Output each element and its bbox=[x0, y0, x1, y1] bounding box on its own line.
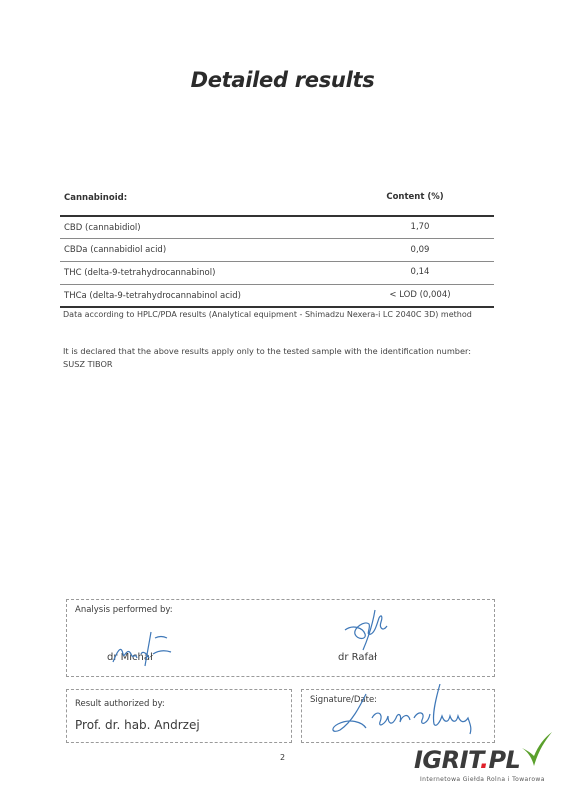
checkmark-icon bbox=[520, 730, 554, 768]
igrit-watermark-logo: IGRIT.PL Internetowa Giełda Rolna i Towa… bbox=[410, 730, 560, 780]
row-value-thca: < LOD (0,004) bbox=[360, 290, 480, 300]
analysis-label: Analysis performed by: bbox=[75, 605, 173, 615]
row-divider bbox=[60, 238, 494, 239]
declaration-text: It is declared that the above results ap… bbox=[63, 346, 471, 356]
table-top-rule bbox=[60, 215, 494, 217]
authorized-label: Result authorized by: bbox=[75, 699, 165, 709]
result-authorized-box: Result authorized by: Prof. dr. hab. And… bbox=[66, 689, 292, 743]
row-value-thc: 0,14 bbox=[360, 267, 480, 277]
analyst-2-name: dr Rafał bbox=[338, 652, 377, 663]
page-number: 2 bbox=[280, 753, 285, 762]
sample-id: SUSZ TIBOR bbox=[63, 359, 113, 369]
header-content: Content (%) bbox=[370, 192, 460, 202]
row-name-thc: THC (delta-9-tetrahydrocannabinol) bbox=[64, 268, 215, 278]
row-divider bbox=[60, 284, 494, 285]
row-name-cbd: CBD (cannabidiol) bbox=[64, 223, 141, 233]
method-note: Data according to HPLC/PDA results (Anal… bbox=[63, 310, 472, 319]
row-value-cbda: 0,09 bbox=[360, 245, 480, 255]
page-title: Detailed results bbox=[0, 68, 565, 92]
authorizer-name: Prof. dr. hab. Andrzej bbox=[75, 718, 200, 732]
signature-2-icon bbox=[335, 606, 405, 652]
signature-1-icon bbox=[107, 624, 177, 670]
analysis-performed-box: Analysis performed by: dr Michał dr Rafa… bbox=[66, 599, 495, 677]
logo-wordmark: IGRIT.PL bbox=[414, 746, 520, 774]
row-value-cbd: 1,70 bbox=[360, 222, 480, 232]
logo-brand-tld: PL bbox=[488, 746, 520, 774]
row-name-thca: THCa (delta-9-tetrahydrocannabinol acid) bbox=[64, 291, 241, 301]
table-bottom-rule bbox=[60, 306, 494, 308]
header-cannabinoid: Cannabinoid: bbox=[64, 193, 127, 203]
row-divider bbox=[60, 261, 494, 262]
logo-tagline: Internetowa Giełda Rolna i Towarowa bbox=[420, 776, 545, 783]
logo-brand-main: IGRIT bbox=[414, 746, 480, 774]
row-name-cbda: CBDa (cannabidiol acid) bbox=[64, 245, 166, 255]
